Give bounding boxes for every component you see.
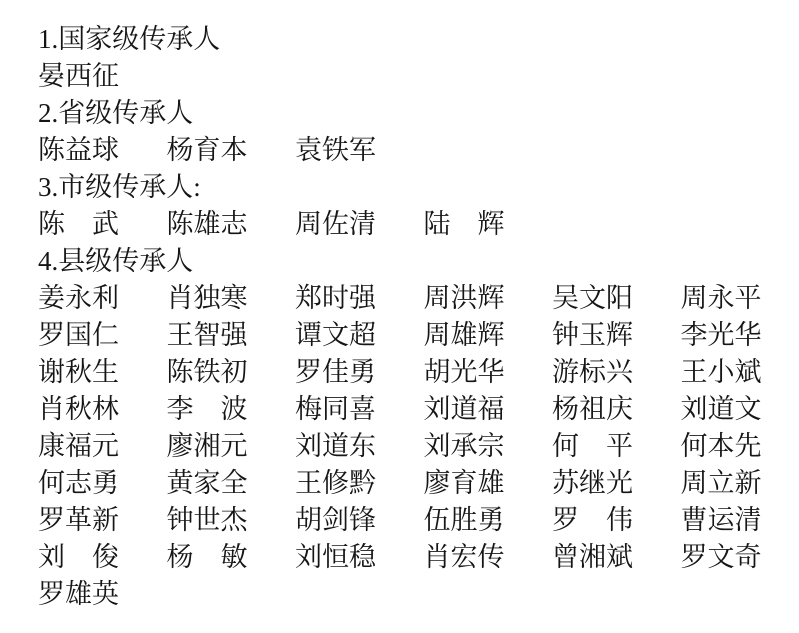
inheritor-name: 康福元 <box>38 428 167 465</box>
inheritor-name: 周雄辉 <box>424 317 553 354</box>
inheritor-name: 周洪辉 <box>424 280 553 317</box>
inheritor-name: 黄家全 <box>167 465 296 502</box>
inheritor-name: 何 平 <box>552 428 681 465</box>
inheritor-name: 罗佳勇 <box>295 354 424 391</box>
inheritor-name: 陈铁初 <box>167 354 296 391</box>
inheritor-name: 刘承宗 <box>424 428 553 465</box>
inheritor-name: 罗国仁 <box>38 317 167 354</box>
name-row: 康福元 廖湘元 刘道东 刘承宗 何 平 何本先 <box>38 428 789 465</box>
name-row: 罗国仁 王智强 谭文超 周雄辉 钟玉辉 李光华 <box>38 317 789 354</box>
inheritor-name: 周立新 <box>681 465 762 502</box>
inheritor-name: 曾湘斌 <box>552 539 681 576</box>
inheritor-name: 梅同喜 <box>295 391 424 428</box>
name-row: 姜永利 肖独寒 郑时强 周洪辉 吴文阳 周永平 <box>38 280 789 317</box>
inheritor-name: 罗革新 <box>38 502 167 539</box>
inheritor-name: 刘道东 <box>295 428 424 465</box>
inheritor-name: 罗雄英 <box>38 576 119 613</box>
inheritor-name: 廖湘元 <box>167 428 296 465</box>
inheritor-name: 胡光华 <box>424 354 553 391</box>
inheritor-name: 周永平 <box>681 280 762 317</box>
section-heading-provincial: 2.省级传承人 <box>38 95 789 132</box>
name-row: 陈 武 陈雄志 周佐清 陆 辉 <box>38 206 789 243</box>
inheritor-name: 伍胜勇 <box>424 502 553 539</box>
name-row: 晏西征 <box>38 58 789 95</box>
name-row: 谢秋生 陈铁初 罗佳勇 胡光华 游标兴 王小斌 <box>38 354 789 391</box>
inheritor-name: 肖独寒 <box>167 280 296 317</box>
name-row: 罗革新 钟世杰 胡剑锋 伍胜勇 罗 伟 曹运清 <box>38 502 789 539</box>
inheritor-name: 晏西征 <box>38 58 119 95</box>
name-row: 刘 俊 杨 敏 刘恒稳 肖宏传 曾湘斌 罗文奇 <box>38 539 789 576</box>
inheritor-name: 钟世杰 <box>167 502 296 539</box>
name-row: 罗雄英 <box>38 576 789 613</box>
name-row: 陈益球 杨育本 袁铁军 <box>38 132 789 169</box>
inheritor-name: 游标兴 <box>552 354 681 391</box>
inheritor-name: 苏继光 <box>552 465 681 502</box>
inheritor-name: 袁铁军 <box>295 132 376 169</box>
inheritor-name: 杨祖庆 <box>552 391 681 428</box>
inheritor-name: 杨育本 <box>167 132 296 169</box>
inheritor-name: 罗 伟 <box>552 502 681 539</box>
inheritor-name: 王智强 <box>167 317 296 354</box>
inheritor-name: 肖秋林 <box>38 391 167 428</box>
section-heading-national: 1.国家级传承人 <box>38 21 789 58</box>
name-row: 何志勇 黄家全 王修黔 廖育雄 苏继光 周立新 <box>38 465 789 502</box>
inheritor-name: 廖育雄 <box>424 465 553 502</box>
inheritor-name: 郑时强 <box>295 280 424 317</box>
inheritor-name: 刘道福 <box>424 391 553 428</box>
inheritor-name: 王小斌 <box>681 354 762 391</box>
inheritor-name: 陆 辉 <box>424 206 505 243</box>
section-heading-county: 4.县级传承人 <box>38 243 789 280</box>
inheritor-name: 刘恒稳 <box>295 539 424 576</box>
inheritor-name: 钟玉辉 <box>552 317 681 354</box>
inheritor-name: 刘 俊 <box>38 539 167 576</box>
inheritor-name: 曹运清 <box>681 502 762 539</box>
inheritor-name: 周佐清 <box>295 206 424 243</box>
section-heading-municipal: 3.市级传承人: <box>38 169 789 206</box>
document-page: 1.国家级传承人 晏西征 2.省级传承人 陈益球 杨育本 袁铁军 3.市级传承人… <box>0 0 799 633</box>
inheritor-name: 谭文超 <box>295 317 424 354</box>
inheritor-name: 姜永利 <box>38 280 167 317</box>
inheritor-name: 何志勇 <box>38 465 167 502</box>
inheritor-name: 李 波 <box>167 391 296 428</box>
inheritor-name: 肖宏传 <box>424 539 553 576</box>
inheritor-name: 何本先 <box>681 428 762 465</box>
inheritor-name: 王修黔 <box>295 465 424 502</box>
name-row: 肖秋林 李 波 梅同喜 刘道福 杨祖庆 刘道文 <box>38 391 789 428</box>
inheritor-name: 李光华 <box>681 317 762 354</box>
inheritor-name: 陈雄志 <box>167 206 296 243</box>
inheritor-name: 刘道文 <box>681 391 762 428</box>
inheritor-name: 陈 武 <box>38 206 167 243</box>
inheritor-name: 吴文阳 <box>552 280 681 317</box>
inheritor-name: 杨 敏 <box>167 539 296 576</box>
inheritor-name: 胡剑锋 <box>295 502 424 539</box>
inheritor-name: 陈益球 <box>38 132 167 169</box>
inheritor-name: 谢秋生 <box>38 354 167 391</box>
inheritor-name: 罗文奇 <box>681 539 762 576</box>
